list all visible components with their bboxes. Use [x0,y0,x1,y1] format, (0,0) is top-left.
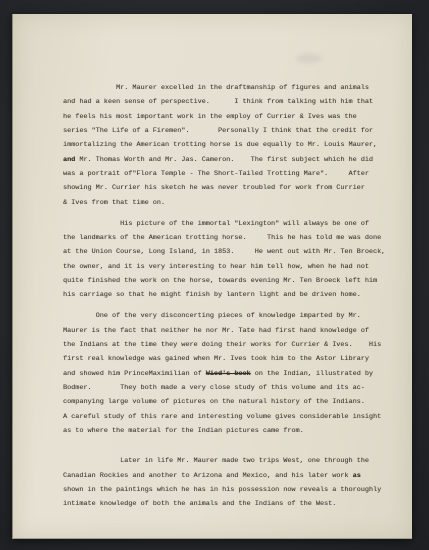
text-line-overtyped: and Mr. Thomas Worth and Mr. Jas. Camero… [63,153,399,167]
text-line: shown in the paintings which he has in h… [63,483,399,497]
text-line: & Ives from that time on. [63,196,399,210]
text-line: companying large volume of pictures on t… [63,395,399,409]
overtyped-word: as [353,472,361,480]
text-line: intimate knowledge of both the animals a… [63,497,399,511]
paper-smudge [296,54,322,63]
text-line: his carriage so that he might finish by … [63,288,399,302]
paragraph-1: Mr. Maurer excelled in the draftmanship … [63,81,399,210]
text-line: series "The Life of a Firemen". Personal… [63,124,399,138]
text-line: the Indians at the time they were doing … [63,338,399,352]
text-line: Bodmer. They both made a very close stud… [63,381,399,395]
text-line: and had a keen sense of perspective. I t… [63,95,399,109]
text-line: the owner, and it is very interesting to… [63,260,399,274]
scanned-document: Mr. Maurer excelled in the draftmanship … [0,0,429,550]
text-line-overtyped: and showed him PrinceMaximilian of Wied'… [63,367,399,381]
text-segment: and showed him PrinceMaximilian of [63,370,206,378]
paragraph-2: His picture of the immortal "Lexington" … [63,217,399,303]
typewritten-text: Mr. Maurer excelled in the draftmanship … [63,81,399,512]
text-line: A careful study of this rare and interes… [63,410,399,424]
text-segment: Canadian Rockies and another to Arizona … [63,472,353,480]
paragraph-4: Later in life Mr. Maurer made two trips … [63,454,399,511]
text-line: showing Mr. Currier his sketch he was ne… [63,181,399,195]
text-line: Later in life Mr. Maurer made two trips … [63,454,399,468]
text-line: as to where the material for the Indian … [63,424,399,438]
text-line: His picture of the immortal "Lexington" … [63,217,399,231]
text-segment: Mr. Thomas Worth and Mr. Jas. Cameron. T… [75,156,373,164]
text-line: was a portrait of"Flora Temple - The Sho… [63,167,399,181]
text-segment: on the Indian, illustrated by [251,370,373,378]
text-line: the landmarks of the American trotting h… [63,231,399,245]
text-line-overtyped: Canadian Rockies and another to Arizona … [63,469,399,483]
text-line: quite finished the work on the horse, to… [63,274,399,288]
text-line: Maurer is the fact that neither he nor M… [63,324,399,338]
text-line: One of the very disconcerting pieces of … [63,309,399,323]
document-page: Mr. Maurer excelled in the draftmanship … [12,14,412,539]
text-line: first real knowledge was gained when Mr.… [63,352,399,366]
text-line: he feels his most important work in the … [63,110,399,124]
text-line: Mr. Maurer excelled in the draftmanship … [63,81,399,95]
text-line: at the Union Course, Long Island, in 185… [63,245,399,259]
struck-out-text: Wied's book [206,370,251,378]
overtyped-word: and [63,156,75,164]
text-line: immortalizing the American trotting hors… [63,138,399,152]
paragraph-3: One of the very disconcerting pieces of … [63,309,399,438]
